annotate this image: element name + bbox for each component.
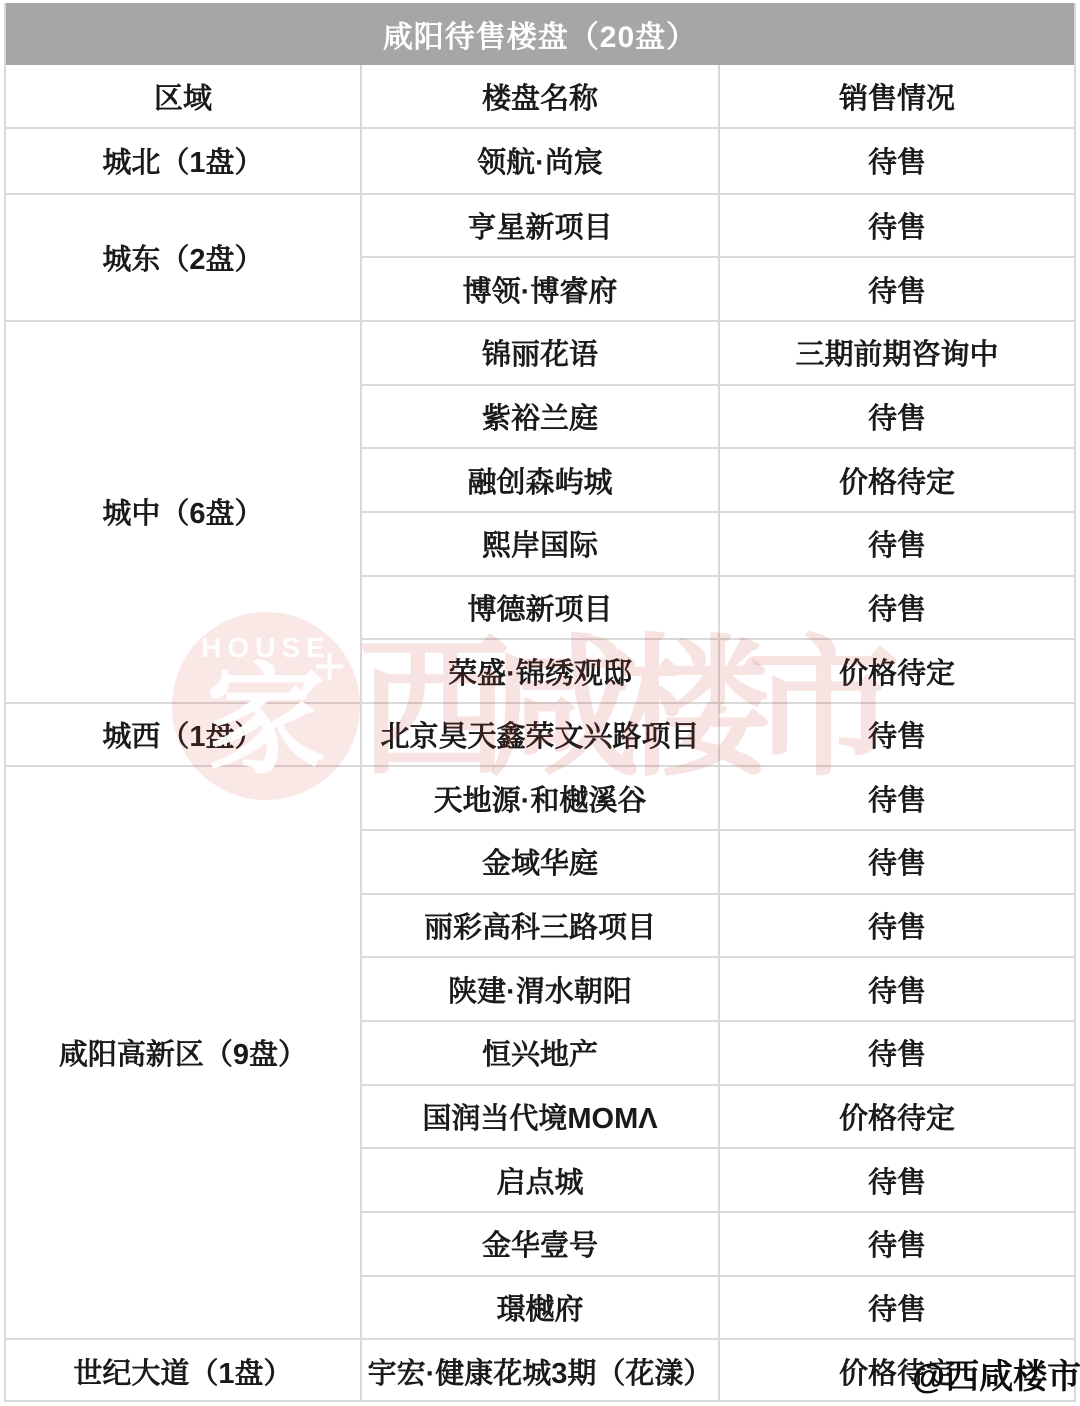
sales-status-cell: 价格待定	[720, 1086, 1074, 1148]
sales-status-cell: 待售	[720, 513, 1074, 575]
region-cell: 城中（6盘）	[6, 322, 362, 702]
table-title: 咸阳待售楼盘（20盘）	[6, 3, 1074, 65]
property-name-cell: 天地源·和樾溪谷	[362, 767, 720, 829]
group-rows: 天地源·和樾溪谷 待售 金域华庭 待售 丽彩高科三路项目 待售 陕建·渭水朝阳 …	[362, 767, 1074, 1338]
property-name-cell: 融创森屿城	[362, 449, 720, 511]
property-name-cell: 璟樾府	[362, 1277, 720, 1339]
sales-status-cell: 待售	[720, 386, 1074, 448]
property-name-cell: 陕建·渭水朝阳	[362, 958, 720, 1020]
property-name-cell: 宇宏·健康花城3期（花漾）	[362, 1340, 720, 1402]
sales-status-cell: 三期前期咨询中	[720, 322, 1074, 384]
property-name-cell: 国润当代境MOMΛ	[362, 1086, 720, 1148]
table-row: 博德新项目 待售	[362, 575, 1074, 639]
property-name-cell: 紫裕兰庭	[362, 386, 720, 448]
property-name-cell: 亨星新项目	[362, 195, 720, 257]
region-cell: 城西（1盘）	[6, 704, 362, 766]
table-row: 恒兴地产 待售	[362, 1020, 1074, 1084]
table-row: 启点城 待售	[362, 1147, 1074, 1211]
sales-status-cell: 待售	[720, 704, 1074, 766]
table-row: 荣盛·锦绣观邸 价格待定	[362, 638, 1074, 702]
table-row: 熙岸国际 待售	[362, 511, 1074, 575]
property-name-cell: 金域华庭	[362, 831, 720, 893]
region-group: 世纪大道（1盘） 宇宏·健康花城3期（花漾） 价格待定	[6, 1338, 1074, 1402]
table-row: 陕建·渭水朝阳 待售	[362, 956, 1074, 1020]
region-group: 咸阳高新区（9盘） 天地源·和樾溪谷 待售 金域华庭 待售 丽彩高科三路项目 待…	[6, 765, 1074, 1338]
sales-status-cell: 待售	[720, 831, 1074, 893]
table-row: 丽彩高科三路项目 待售	[362, 893, 1074, 957]
table-header-row: 区域 楼盘名称 销售情况	[6, 65, 1074, 129]
group-rows: 领航·尚宸 待售	[362, 129, 1074, 193]
property-name-cell: 荣盛·锦绣观邸	[362, 640, 720, 702]
table-row: 紫裕兰庭 待售	[362, 384, 1074, 448]
sales-status-cell: 价格待定	[720, 1340, 1074, 1402]
table-row: 领航·尚宸 待售	[362, 129, 1074, 193]
table-row: 宇宏·健康花城3期（花漾） 价格待定	[362, 1340, 1074, 1402]
table-row: 金华壹号 待售	[362, 1211, 1074, 1275]
header-property-name: 楼盘名称	[362, 65, 720, 127]
header-region: 区域	[6, 65, 362, 127]
region-group: 城北（1盘） 领航·尚宸 待售	[6, 129, 1074, 193]
header-sales-status: 销售情况	[720, 65, 1074, 127]
group-rows: 锦丽花语 三期前期咨询中 紫裕兰庭 待售 融创森屿城 价格待定 熙岸国际 待售 …	[362, 322, 1074, 702]
table-row: 亨星新项目 待售	[362, 195, 1074, 257]
table-row: 融创森屿城 价格待定	[362, 447, 1074, 511]
sales-status-cell: 待售	[720, 895, 1074, 957]
sales-status-cell: 待售	[720, 958, 1074, 1020]
region-cell: 城北（1盘）	[6, 129, 362, 193]
region-group: 城东（2盘） 亨星新项目 待售 博领·博睿府 待售	[6, 193, 1074, 320]
group-rows: 亨星新项目 待售 博领·博睿府 待售	[362, 195, 1074, 320]
property-name-cell: 启点城	[362, 1149, 720, 1211]
region-cell: 城东（2盘）	[6, 195, 362, 320]
table-body: 城北（1盘） 领航·尚宸 待售 城东（2盘） 亨星新项目 待售 博领·博睿府 待…	[6, 129, 1074, 1402]
sales-status-cell: 价格待定	[720, 640, 1074, 702]
table-row: 璟樾府 待售	[362, 1275, 1074, 1339]
sales-status-cell: 待售	[720, 577, 1074, 639]
sales-status-cell: 待售	[720, 767, 1074, 829]
sales-status-cell: 价格待定	[720, 449, 1074, 511]
table-row: 博领·博睿府 待售	[362, 256, 1074, 320]
table-row: 锦丽花语 三期前期咨询中	[362, 322, 1074, 384]
property-name-cell: 丽彩高科三路项目	[362, 895, 720, 957]
sales-status-cell: 待售	[720, 1149, 1074, 1211]
property-name-cell: 北京昊天鑫荣文兴路项目	[362, 704, 720, 766]
group-rows: 宇宏·健康花城3期（花漾） 价格待定	[362, 1340, 1074, 1402]
property-name-cell: 恒兴地产	[362, 1022, 720, 1084]
region-group: 城西（1盘） 北京昊天鑫荣文兴路项目 待售	[6, 702, 1074, 766]
property-name-cell: 锦丽花语	[362, 322, 720, 384]
table-row: 国润当代境MOMΛ 价格待定	[362, 1084, 1074, 1148]
page: 西咸楼市 HOUSE 家 + @西咸楼市 咸阳待售楼盘（20盘） 区域 楼盘名称…	[0, 0, 1080, 1406]
table-row: 天地源·和樾溪谷 待售	[362, 767, 1074, 829]
sales-status-cell: 待售	[720, 129, 1074, 193]
table-row: 北京昊天鑫荣文兴路项目 待售	[362, 704, 1074, 766]
sales-status-cell: 待售	[720, 258, 1074, 320]
region-cell: 世纪大道（1盘）	[6, 1340, 362, 1402]
property-name-cell: 领航·尚宸	[362, 129, 720, 193]
property-name-cell: 金华壹号	[362, 1213, 720, 1275]
region-group: 城中（6盘） 锦丽花语 三期前期咨询中 紫裕兰庭 待售 融创森屿城 价格待定 熙…	[6, 320, 1074, 702]
sales-status-cell: 待售	[720, 1022, 1074, 1084]
property-name-cell: 博领·博睿府	[362, 258, 720, 320]
listings-table: 咸阳待售楼盘（20盘） 区域 楼盘名称 销售情况 城北（1盘） 领航·尚宸 待售…	[4, 3, 1076, 1402]
group-rows: 北京昊天鑫荣文兴路项目 待售	[362, 704, 1074, 766]
property-name-cell: 熙岸国际	[362, 513, 720, 575]
region-cell: 咸阳高新区（9盘）	[6, 767, 362, 1338]
table-row: 金域华庭 待售	[362, 829, 1074, 893]
sales-status-cell: 待售	[720, 195, 1074, 257]
property-name-cell: 博德新项目	[362, 577, 720, 639]
sales-status-cell: 待售	[720, 1213, 1074, 1275]
sales-status-cell: 待售	[720, 1277, 1074, 1339]
